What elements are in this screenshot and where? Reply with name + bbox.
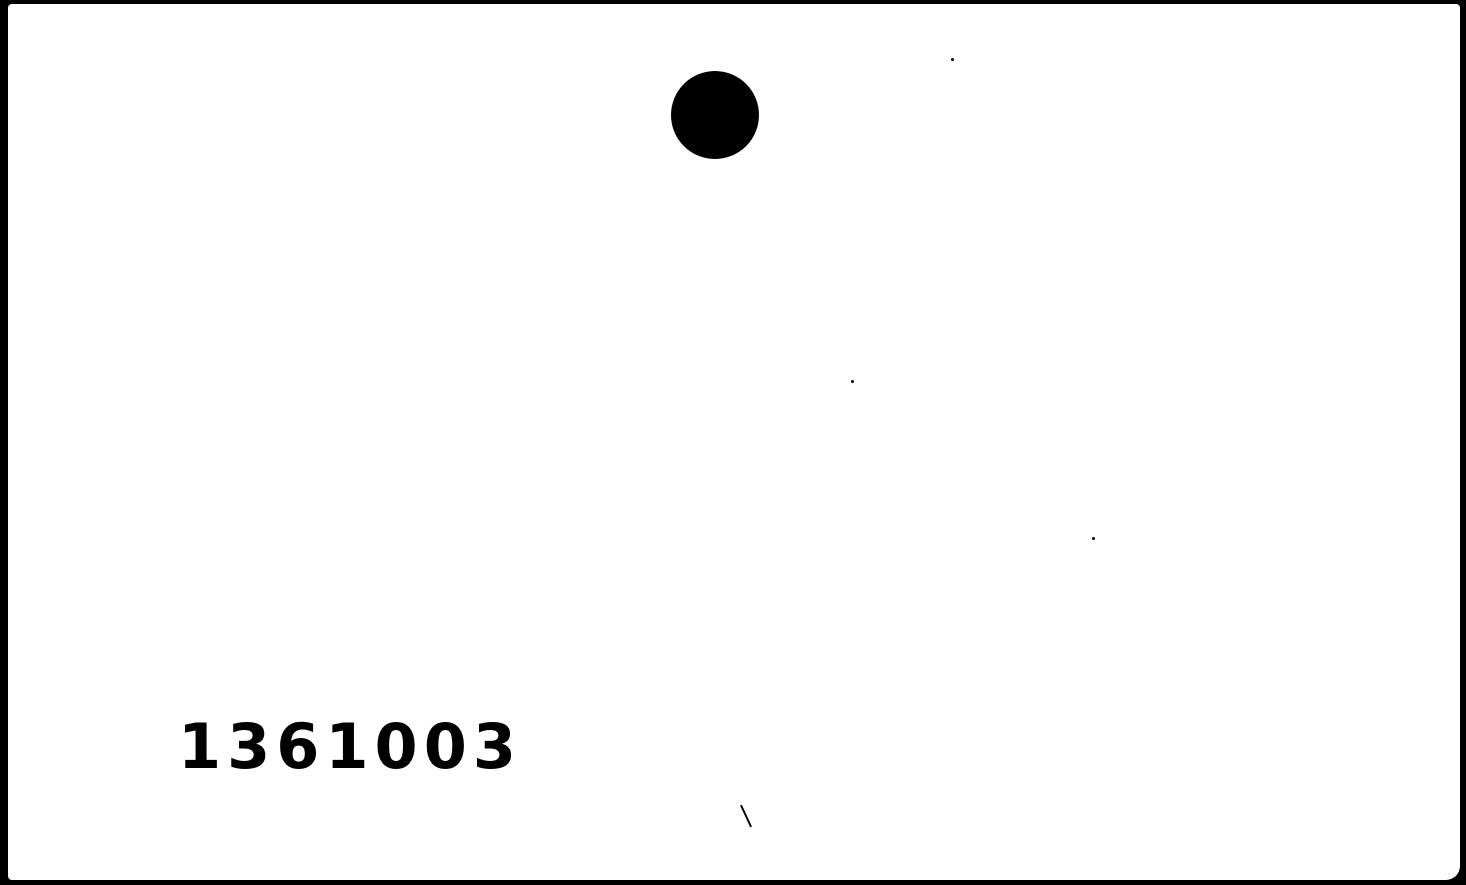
- handwritten-card-number: 1361003: [178, 716, 522, 778]
- stray-speck: [851, 380, 854, 383]
- stray-speck: [951, 58, 954, 61]
- stray-speck: [1092, 537, 1095, 540]
- stray-slash-mark: [740, 805, 752, 828]
- punch-hole: [671, 71, 759, 159]
- index-card: 1361003: [8, 4, 1460, 880]
